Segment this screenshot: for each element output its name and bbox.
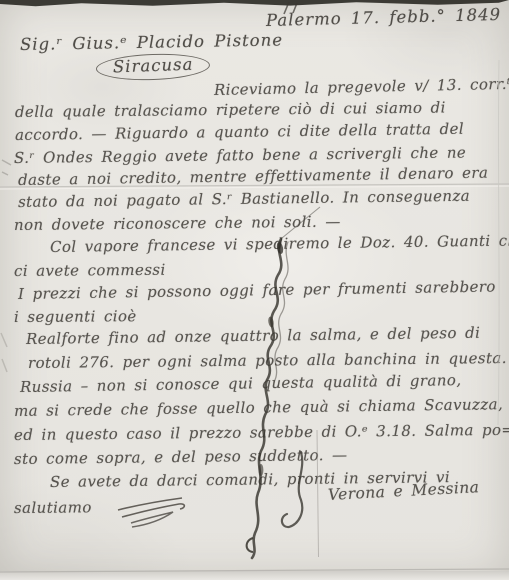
letter-body-line: ma si crede che fosse quello che quà si … bbox=[14, 396, 503, 419]
letter-body-line: ci avete commessi bbox=[14, 262, 166, 280]
letter-body-line: S.ʳ Ondes Reggio avete fatto bene a scri… bbox=[14, 144, 466, 166]
letter-closing-salutation: salutiamo bbox=[14, 499, 92, 516]
edge-smudge bbox=[2, 160, 11, 175]
letter-body-line: della quale tralasciamo ripetere ciò di … bbox=[15, 99, 446, 120]
letter-body-line: i seguenti cioè bbox=[14, 308, 137, 325]
letter-body-line: Realforte fino ad onze quattro la salma,… bbox=[26, 325, 480, 348]
letter-scan-page: Palermo 17. febb.° 1849 Sig.ʳ Gius.ᵉ Pla… bbox=[0, 0, 509, 580]
letter-body-line: sto come sopra, e del peso suddetto. — bbox=[14, 447, 348, 468]
letter-body-line: non dovete riconoscere che noi soli. — bbox=[14, 214, 341, 234]
ink-bleed-stroke bbox=[247, 538, 253, 552]
scan-edge-bottom bbox=[0, 571, 509, 580]
letter-body-line: Riceviamo la pregevole v/ 13. corr.ᵗᵉ bbox=[214, 76, 509, 99]
letter-body-line: daste a noi credito, mentre effettivamen… bbox=[18, 165, 488, 189]
letter-body-line: I prezzi che si possono oggi fare per fr… bbox=[18, 278, 496, 302]
letter-body-line: stato da noi pagato al S.ʳ Bastianello. … bbox=[18, 188, 470, 211]
letter-body-line: accordo. — Riguardo a quanto ci dite del… bbox=[15, 121, 464, 144]
dateline: Palermo 17. febb.° 1849 bbox=[266, 6, 502, 30]
edge-smudge bbox=[1, 333, 7, 372]
recipient-city-wrap: Siracusa bbox=[96, 52, 211, 82]
recipient-name: Sig.ʳ Gius.ᵉ Placido Pistone bbox=[20, 31, 283, 54]
letter-body-line: rotoli 276. per ogni salma posto alla ba… bbox=[28, 350, 507, 372]
letter-body-line: Col vapore francese vi spediremo le Doz.… bbox=[50, 232, 509, 255]
letter-body-line: ed in questo caso il prezzo sarebbe di O… bbox=[14, 422, 509, 444]
recipient-city-oval: Siracusa bbox=[96, 52, 211, 82]
letter-body-line: Russia – non si conosce qui questa quali… bbox=[20, 372, 462, 395]
salutation-flourish-icon bbox=[118, 498, 184, 527]
